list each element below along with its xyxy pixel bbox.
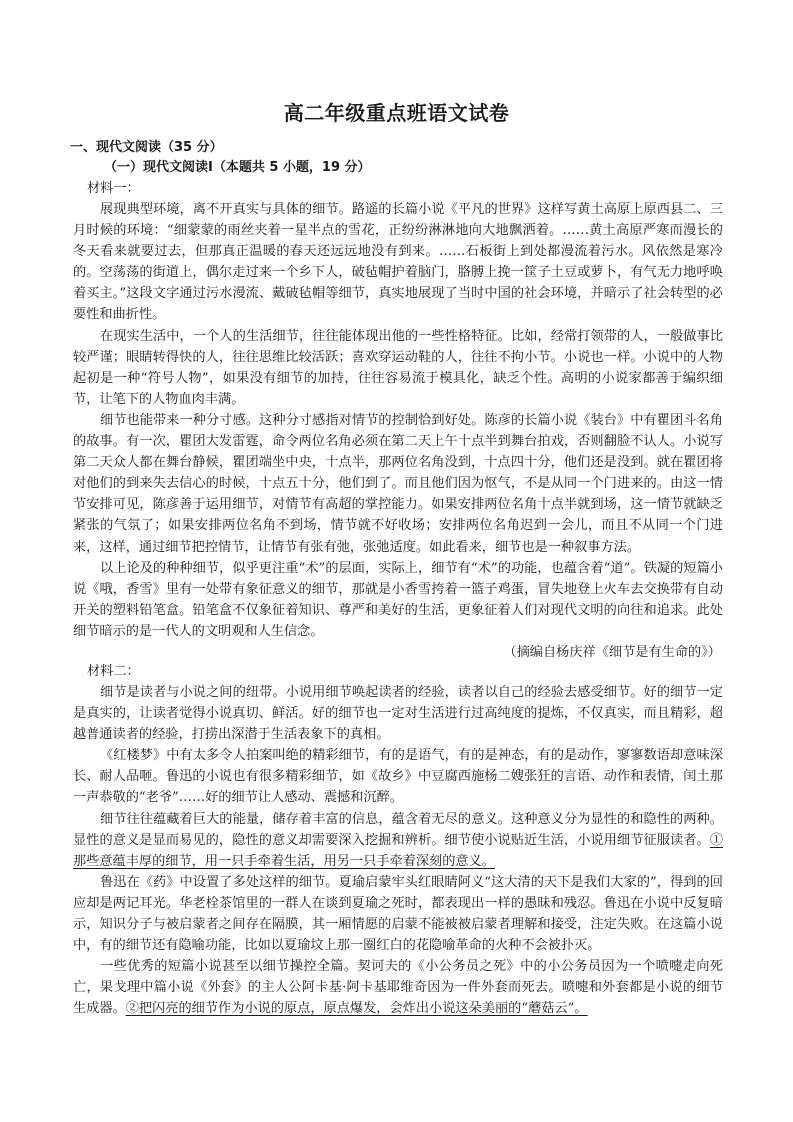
material-one-body: 展现典型环境，离不开真实与具体的细节。路遥的长篇小说《平凡的世界》这样写黄土高原… <box>73 199 723 663</box>
material-two-label: 材料二： <box>87 661 140 682</box>
material-two-body: 细节是读者与小说之间的纽带。小说用细节唤起读者的经验，读者以自己的经验去感受细节… <box>73 682 723 1020</box>
paragraph: 以上论及的种种细节，似乎更注重“术”的层面，实际上，细节有“术”的功能，也蕴含着… <box>73 558 723 642</box>
material-one-label: 材料一： <box>87 178 140 199</box>
paragraph-text: 细节往往蕴藏着巨大的能量，储存着丰富的信息，蕴含着无尽的意义。这种意义分为显性的… <box>73 812 723 848</box>
exam-page: 高二年级重点班语文试卷 一、现代文阅读（35 分） （一）现代文阅读Ⅰ（本题共 … <box>0 0 793 1122</box>
underlined-sentence-2: ②把闪亮的细节作为小说的原点，原点爆发，会炸出小说这朵美丽的“蘑菇云”。 <box>126 1001 588 1016</box>
paragraph: 鲁迅在《药》中设置了多处这样的细节。夏瑜启蒙牢头红眼睛阿义“这大清的天下是我们大… <box>73 872 723 956</box>
paragraph: 在现实生活中，一个人的生活细节，往往能体现出他的一些性格特征。比如，经常打领带的… <box>73 326 723 410</box>
paragraph: 一些优秀的短篇小说甚至以细节操控全篇。契诃夫的《小公务员之死》中的小公务员因为一… <box>73 956 723 1019</box>
subsection-heading: （一）现代文阅读Ⅰ（本题共 5 小题，19 分） <box>104 159 371 177</box>
paragraph: 细节也能带来一种分寸感。这种分寸感指对情节的控制恰到好处。陈彦的长篇小说《装台》… <box>73 410 723 558</box>
paragraph: 细节是读者与小说之间的纽带。小说用细节唤起读者的经验，读者以自己的经验去感受细节… <box>73 682 723 745</box>
paragraph: 《红楼梦》中有太多令人拍案叫绝的精彩细节，有的是语气，有的是神态，有的是动作，寥… <box>73 745 723 808</box>
paragraph: 展现典型环境，离不开真实与具体的细节。路遥的长篇小说《平凡的世界》这样写黄土高原… <box>73 199 723 326</box>
section-heading: 一、现代文阅读（35 分） <box>70 139 223 157</box>
source-citation: （摘编自杨庆祥《细节是有生命的》） <box>73 642 723 663</box>
paragraph: 细节往往蕴藏着巨大的能量，储存着丰富的信息，蕴含着无尽的意义。这种意义分为显性的… <box>73 809 723 872</box>
page-title: 高二年级重点班语文试卷 <box>0 99 793 127</box>
